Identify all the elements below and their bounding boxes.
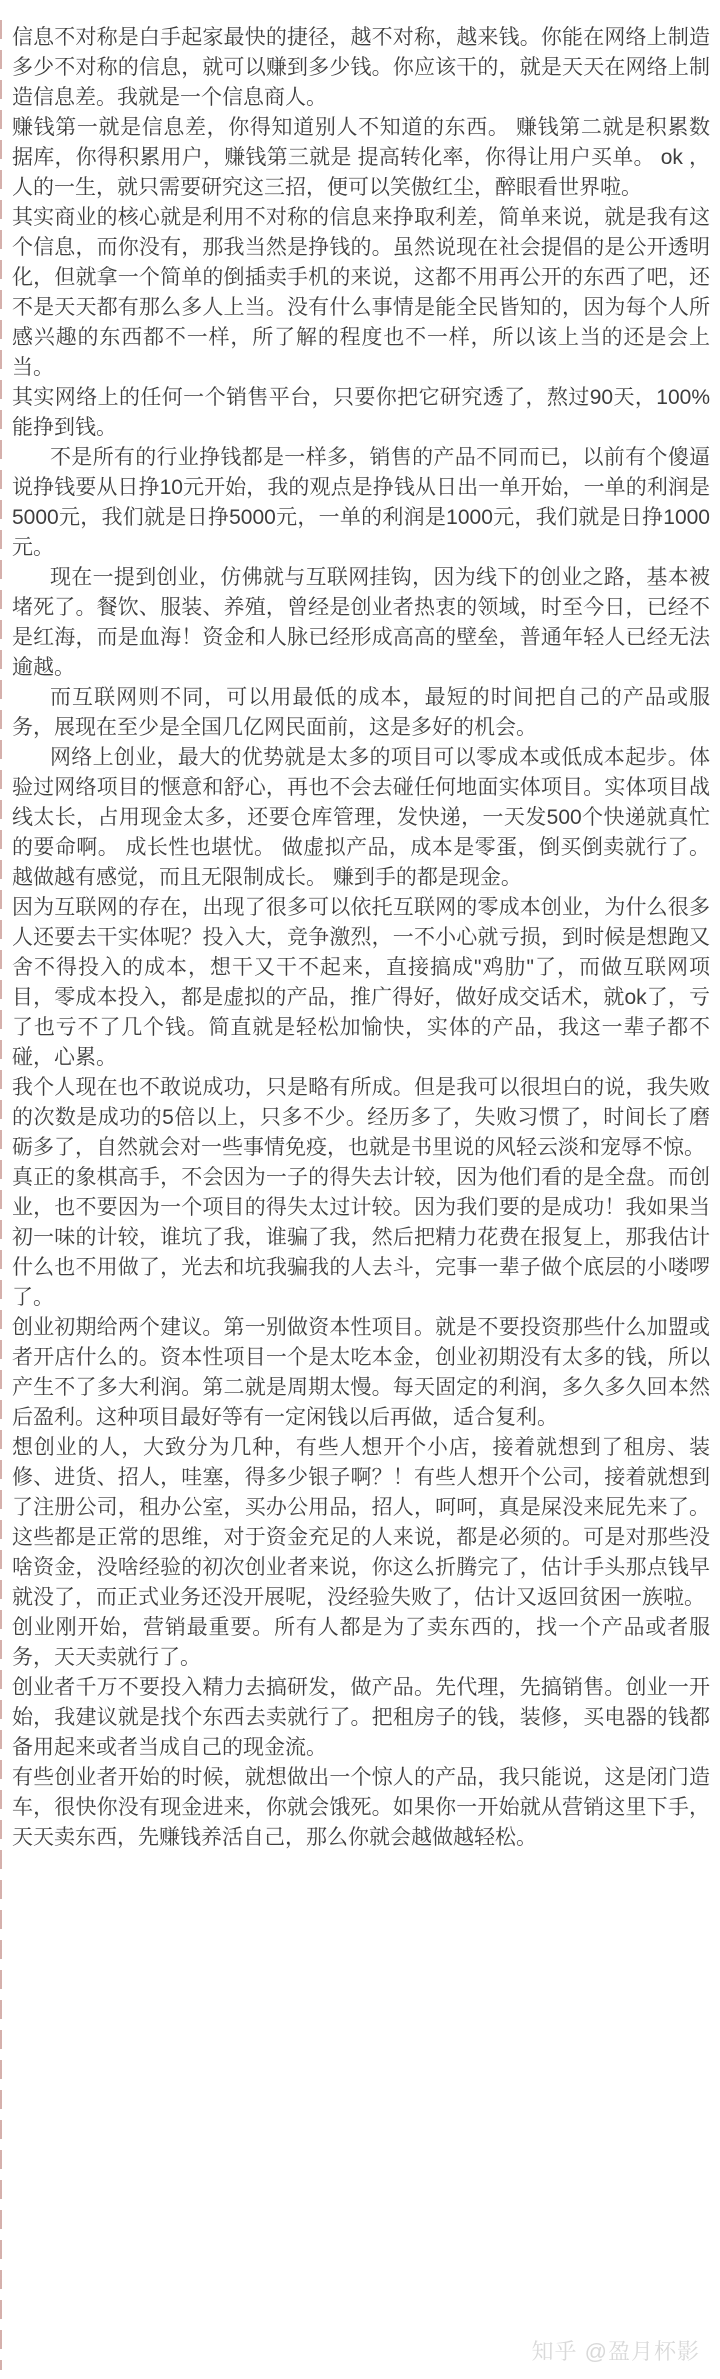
paragraph: 赚钱第一就是信息差，你得知道别人不知道的东西。 赚钱第二就是积累数据库，你得积累…: [12, 113, 710, 203]
paragraph: 不是所有的行业挣钱都是一样多，销售的产品不同而已，以前有个傻逼说挣钱要从日挣10…: [12, 443, 710, 563]
paragraph: 创业者千万不要投入精力去搞研发，做产品。先代理，先搞销售。创业一开始，我建议就是…: [12, 1673, 710, 1763]
paragraph: 其实商业的核心就是利用不对称的信息来挣取利差，简单来说，就是我有这个信息，而你没…: [12, 203, 710, 383]
article-body: 信息不对称是白手起家最快的捷径，越不对称，越来钱。你能在网络上制造多少不对称的信…: [12, 23, 710, 1853]
article-page: 信息不对称是白手起家最快的捷径，越不对称，越来钱。你能在网络上制造多少不对称的信…: [0, 0, 720, 2379]
paragraph: 创业初期给两个建议。第一别做资本性项目。就是不要投资那些什么加盟或者开店什么的。…: [12, 1313, 710, 1433]
paragraph: 网络上创业，最大的优势就是太多的项目可以零成本或低成本起步。体验过网络项目的惬意…: [12, 743, 710, 893]
zhihu-watermark: 知乎 @盈月杯影: [532, 2337, 700, 2367]
left-edge-artifact: [0, 20, 2, 2370]
paragraph: 而互联网则不同，可以用最低的成本，最短的时间把自己的产品或服务，展现在至少是全国…: [12, 683, 710, 743]
paragraph: 创业刚开始，营销最重要。所有人都是为了卖东西的，找一个产品或者服务，天天卖就行了…: [12, 1613, 710, 1673]
paragraph: 我个人现在也不敢说成功，只是略有所成。但是我可以很坦白的说，我失败的次数是成功的…: [12, 1073, 710, 1163]
paragraph: 想创业的人，大致分为几种，有些人想开个小店，接着就想到了租房、装修、进货、招人，…: [12, 1433, 710, 1613]
paragraph: 因为互联网的存在，出现了很多可以依托互联网的零成本创业，为什么很多人还要去干实体…: [12, 893, 710, 1073]
paragraph: 其实网络上的任何一个销售平台，只要你把它研究透了，熬过90天，100%能挣到钱。: [12, 383, 710, 443]
paragraph: 信息不对称是白手起家最快的捷径，越不对称，越来钱。你能在网络上制造多少不对称的信…: [12, 23, 710, 113]
paragraph: 真正的象棋高手，不会因为一子的得失去计较，因为他们看的是全盘。而创业，也不要因为…: [12, 1163, 710, 1313]
paragraph: 有些创业者开始的时候，就想做出一个惊人的产品，我只能说，这是闭门造车，很快你没有…: [12, 1763, 710, 1853]
paragraph: 现在一提到创业，仿佛就与互联网挂钩，因为线下的创业之路，基本被堵死了。餐饮、服装…: [12, 563, 710, 683]
